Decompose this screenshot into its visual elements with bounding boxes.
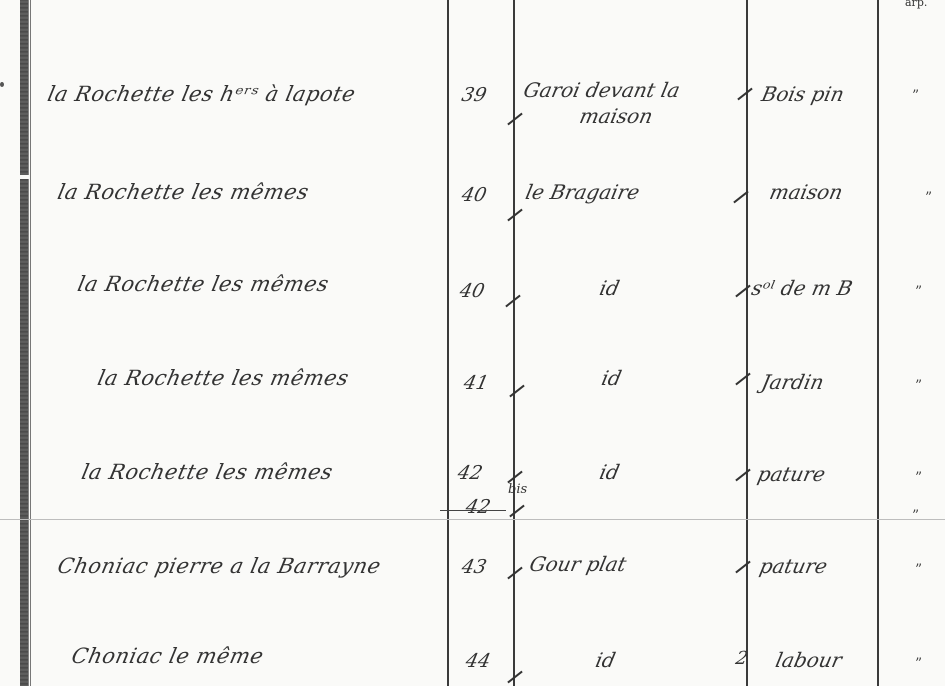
amount-ditto: ”	[915, 470, 922, 486]
owner-cell: la Rochette les mêmes	[95, 366, 351, 390]
tick-mark	[735, 285, 750, 298]
nature-cell: pature	[757, 554, 829, 578]
binding-gap	[20, 175, 29, 179]
tick-mark	[507, 671, 522, 684]
owner-cell: Choniac le même	[69, 644, 266, 668]
place-cell: id	[597, 276, 621, 300]
amount-ditto: ”	[915, 378, 922, 394]
place-cell: Gour plat	[527, 552, 628, 576]
amount-ditto: ”	[912, 508, 919, 524]
register-page: arp. la Rochette les hᵉʳˢ à lapote 39 Ga…	[0, 0, 945, 686]
amount-ditto: ”	[915, 562, 922, 578]
place-cell: id	[593, 648, 617, 672]
parcel-number-cell: 41	[462, 372, 491, 394]
parcel-number-cell: 44	[464, 650, 493, 672]
place-cell: Garoi devant la	[521, 78, 682, 102]
nature-cell: Jardin	[759, 370, 826, 394]
amount-ditto: ”	[915, 284, 922, 300]
nature-cell: sᵒˡ de m B	[749, 276, 854, 300]
tick-mark	[735, 469, 750, 482]
amount-ditto: ”	[925, 190, 932, 206]
parcel-number-cell: 40	[460, 184, 489, 206]
nature-cell: pature	[755, 462, 827, 486]
parcel-number-cell: 40	[458, 280, 487, 302]
amount-ditto: ”	[915, 656, 922, 672]
parcel-number-cell: 43	[460, 556, 489, 578]
place-cell: id	[599, 366, 623, 390]
column-rule-place	[513, 0, 515, 686]
tick-mark	[509, 505, 524, 518]
row-divider	[0, 519, 945, 520]
nature-cell: maison	[767, 180, 845, 204]
owner-cell: la Rochette les mêmes	[75, 272, 331, 296]
left-binding-inner-line	[30, 0, 31, 686]
nature-cell: labour	[773, 648, 844, 672]
tick-mark	[735, 561, 750, 574]
owner-cell: la Rochette les mêmes	[79, 460, 335, 484]
column-unit-label: arp.	[905, 0, 927, 9]
owner-cell: Choniac pierre a la Barrayne	[55, 554, 383, 578]
column-rule-number	[447, 0, 449, 686]
column-rule-nature	[746, 0, 748, 686]
owner-cell: la Rochette les hᵉʳˢ à lapote	[45, 82, 357, 106]
tick-mark	[507, 567, 522, 580]
tick-mark	[507, 209, 522, 222]
margin-dot	[0, 82, 4, 87]
parcel-number-cell: 39	[460, 84, 489, 106]
place-cell-line2: maison	[577, 104, 655, 128]
place-cell: le Bragaire	[523, 180, 641, 204]
bis-suffix: bis	[508, 482, 527, 497]
tick-mark	[737, 88, 752, 101]
left-binding-border	[20, 0, 29, 686]
strikethrough-line	[440, 510, 506, 511]
nature-cell: Bois pin	[759, 82, 846, 106]
tick-mark	[735, 373, 750, 386]
parcel-number-correction: 42	[464, 496, 493, 518]
parcel-number-cell: 42	[456, 462, 485, 484]
owner-cell: la Rochette les mêmes	[55, 180, 311, 204]
tick-mark	[509, 385, 524, 398]
amount-ditto: ”	[912, 88, 919, 104]
tick-mark	[507, 113, 522, 126]
column-rule-amount	[877, 0, 879, 686]
place-cell: id	[597, 460, 621, 484]
